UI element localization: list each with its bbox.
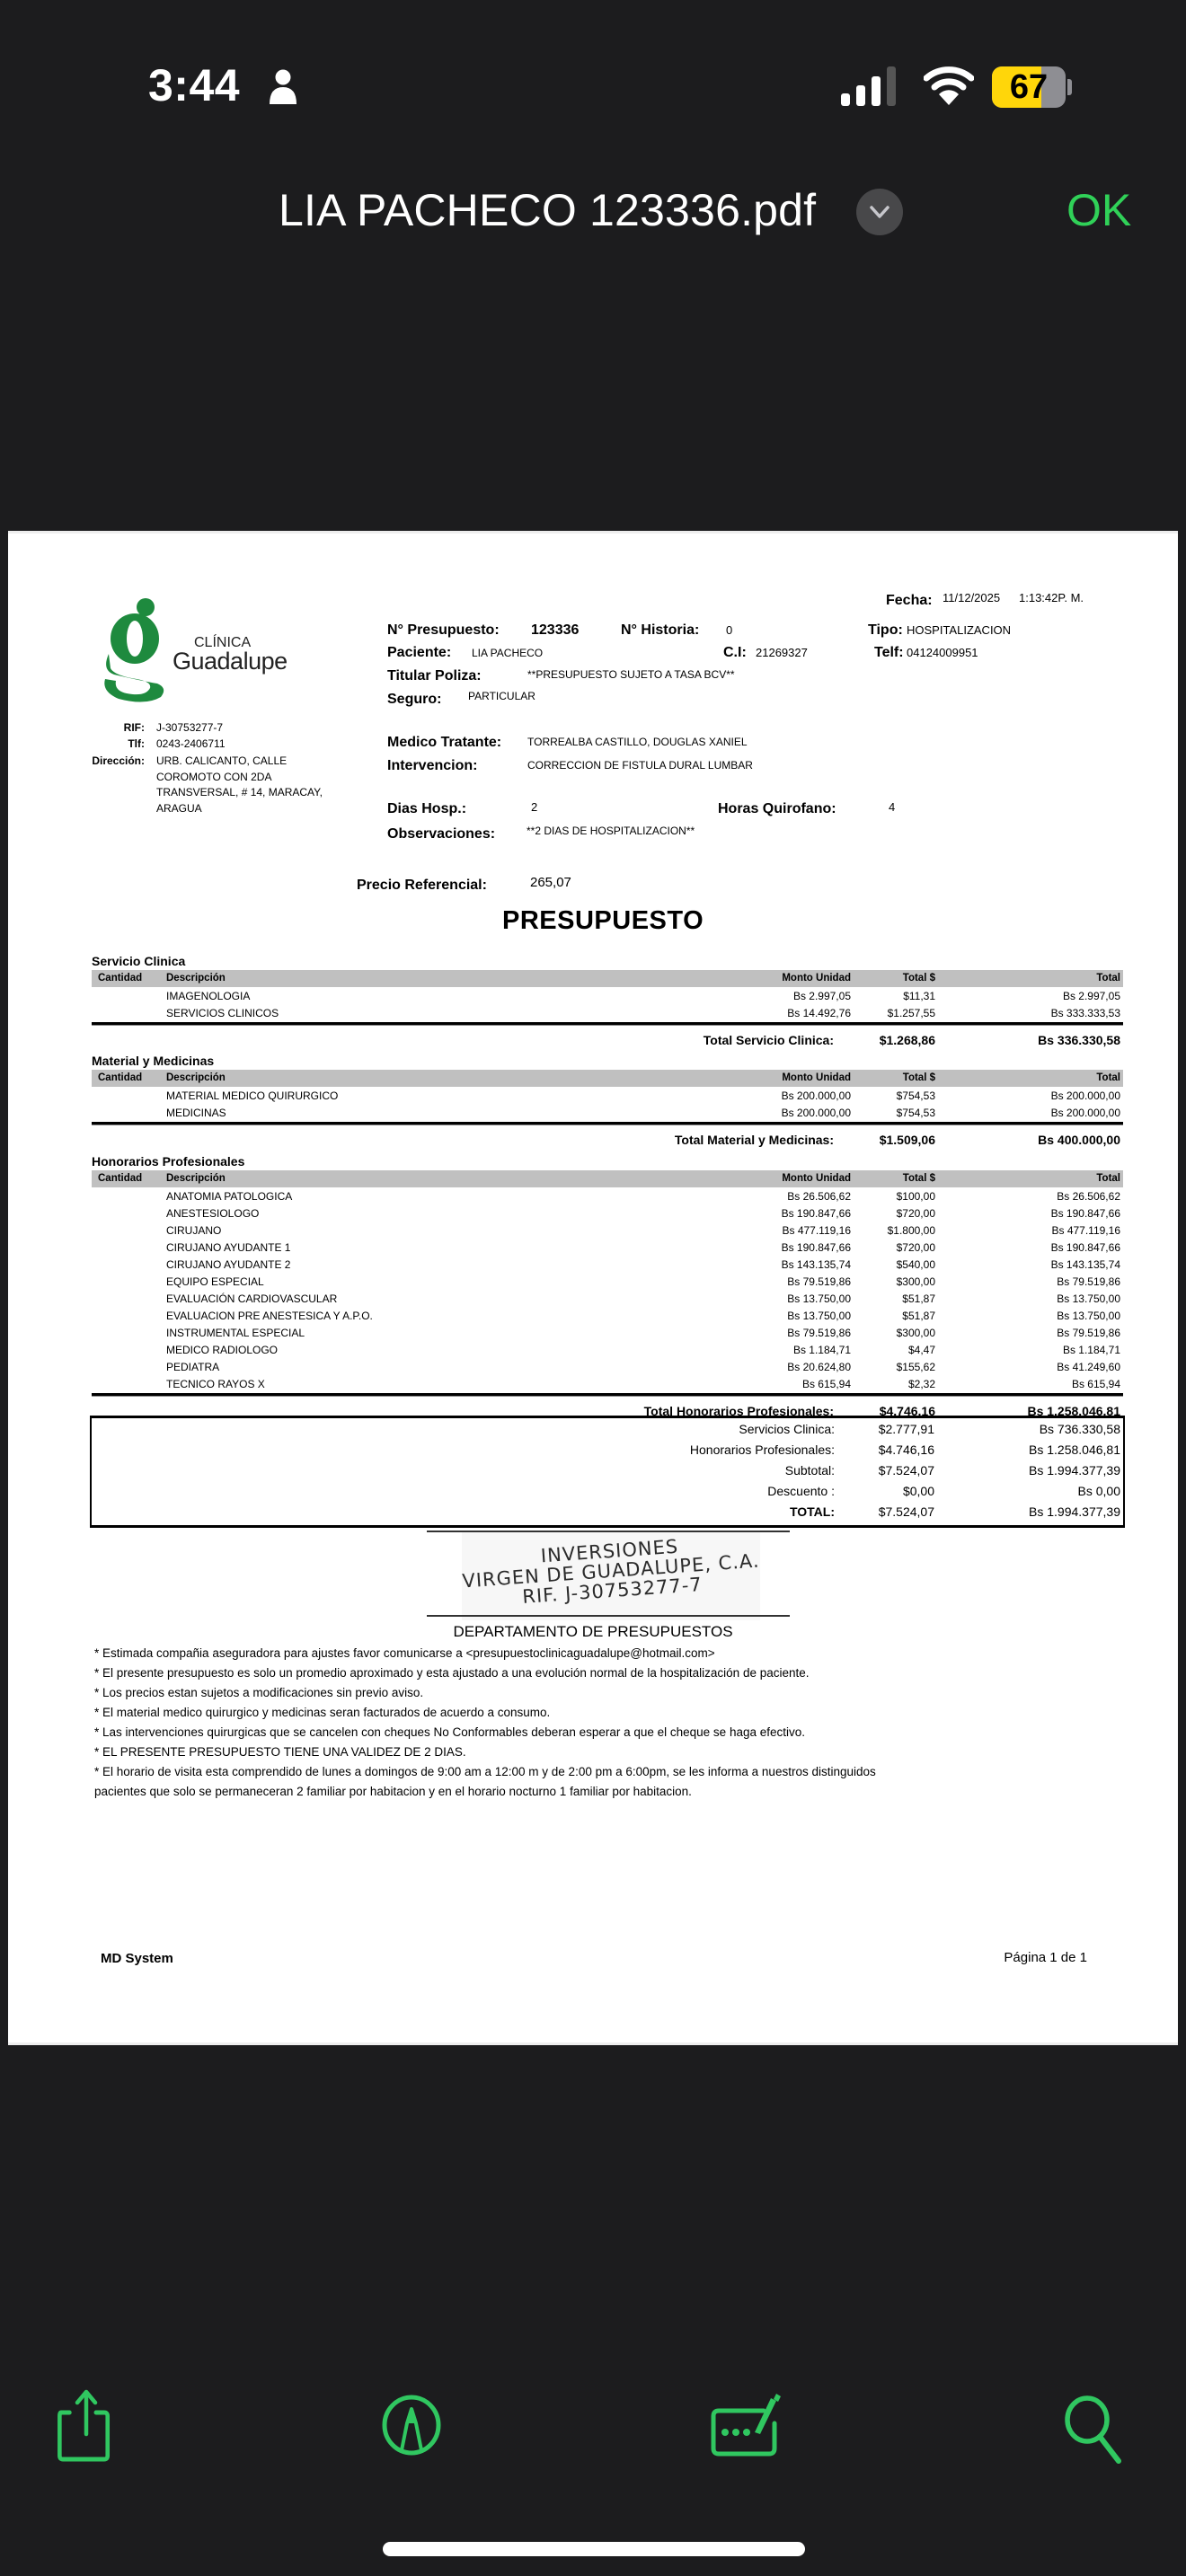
cell-total: Bs 200.000,00: [1051, 1107, 1120, 1119]
table-row: CIRUJANO AYUDANTE 1Bs 190.847,66$720,00B…: [92, 1239, 1123, 1256]
historia-value: 0: [726, 623, 732, 637]
cell-usd: $2,32: [908, 1378, 935, 1390]
summary-box: Servicios Clinica:$2.777,91Bs 736.330,58…: [90, 1416, 1125, 1528]
summary-usd: $2.777,91: [879, 1422, 934, 1436]
summary-usd: $7.524,07: [879, 1504, 934, 1519]
cell-usd: $4,47: [908, 1344, 935, 1356]
address-value: URB. CALICANTO, CALLE COROMOTO CON 2DA T…: [156, 754, 323, 816]
address-label: Dirección:: [87, 754, 145, 767]
section-total-label: Total Material y Medicinas:: [675, 1133, 834, 1147]
table-row: MATERIAL MEDICO QUIRURGICOBs 200.000,00$…: [92, 1087, 1123, 1104]
cell-descripcion: MATERIAL MEDICO QUIRURGICO: [166, 1090, 338, 1102]
ok-button[interactable]: OK: [1067, 184, 1131, 236]
column-header-total: Total: [1096, 1173, 1120, 1184]
cell-monto: Bs 13.750,00: [787, 1310, 851, 1322]
cell-monto: Bs 26.506,62: [787, 1190, 851, 1203]
table-row: MEDICINASBs 200.000,00$754,53Bs 200.000,…: [92, 1104, 1123, 1121]
table-row: MEDICO RADIOLOGOBs 1.184,71$4,47Bs 1.184…: [92, 1341, 1123, 1358]
title-menu-button[interactable]: [856, 189, 903, 235]
share-icon: [54, 2387, 120, 2463]
column-header-cantidad: Cantidad: [98, 973, 142, 984]
intervencion-value: CORRECCION DE FISTULA DURAL LUMBAR: [527, 759, 753, 772]
department-title: DEPARTAMENTO DE PRESUPUESTOS: [8, 1623, 1178, 1641]
hora-value: 1:13:42P. M.: [1019, 591, 1084, 604]
table-row: PEDIATRABs 20.624,80$155,62Bs 41.249,60: [92, 1358, 1123, 1375]
cell-descripcion: TECNICO RAYOS X: [166, 1378, 265, 1390]
cell-total: Bs 190.847,66: [1051, 1207, 1120, 1220]
section-table: CantidadDescripciónMonto UnidadTotal $To…: [92, 1070, 1123, 1151]
table-row: EVALUACIÓN CARDIOVASCULARBs 13.750,00$51…: [92, 1290, 1123, 1307]
share-button[interactable]: [54, 2387, 120, 2463]
cell-total: Bs 2.997,05: [1063, 990, 1120, 1002]
summary-usd: $7.524,07: [879, 1463, 934, 1478]
document-heading: PRESUPUESTO: [502, 906, 704, 936]
cell-usd: $754,53: [897, 1107, 935, 1119]
observaciones-label: Observaciones:: [387, 826, 495, 842]
note-item: * El material medico quirurgico y medici…: [94, 1703, 1119, 1723]
cell-usd: $11,31: [903, 990, 935, 1002]
cell-total: Bs 190.847,66: [1051, 1241, 1120, 1254]
search-icon: [1060, 2393, 1128, 2465]
summary-bs: Bs 736.330,58: [1040, 1422, 1120, 1436]
summary-row: Honorarios Profesionales:$4.746,16Bs 1.2…: [92, 1439, 1123, 1460]
tlf-label: Tlf:: [87, 737, 145, 750]
tlf-value: 0243-2406711: [156, 737, 226, 753]
column-header-descripcion: Descripción: [166, 1173, 226, 1184]
medico-label: Medico Tratante:: [387, 735, 501, 751]
table-row: ANATOMIA PATOLOGICABs 26.506,62$100,00Bs…: [92, 1187, 1123, 1204]
column-header-monto: Monto Unidad: [782, 973, 851, 984]
section-table: CantidadDescripciónMonto UnidadTotal $To…: [92, 970, 1123, 1051]
table-row: CIRUJANOBs 477.119,16$1.800,00Bs 477.119…: [92, 1222, 1123, 1239]
summary-label: Honorarios Profesionales:: [690, 1442, 835, 1457]
cell-monto: Bs 14.492,76: [787, 1007, 851, 1019]
section-total-label: Total Servicio Clinica:: [704, 1033, 834, 1047]
precio-label: Precio Referencial:: [357, 878, 487, 894]
cell-monto: Bs 79.519,86: [787, 1275, 851, 1288]
observaciones-value: **2 DIAS DE HOSPITALIZACION**: [527, 825, 695, 837]
section-title: Material y Medicinas: [92, 1054, 214, 1068]
cell-total: Bs 477.119,16: [1051, 1224, 1120, 1237]
cell-descripcion: MEDICO RADIOLOGO: [166, 1344, 278, 1356]
column-header-descripcion: Descripción: [166, 973, 226, 984]
cell-monto: Bs 79.519,86: [787, 1327, 851, 1339]
fecha-value: 11/12/2025: [943, 591, 1000, 604]
cell-usd: $540,00: [897, 1258, 935, 1271]
cell-monto: Bs 20.624,80: [787, 1361, 851, 1373]
summary-label: Servicios Clinica:: [739, 1422, 835, 1436]
telf-label: Telf:: [874, 645, 904, 661]
presupuesto-label: N° Presupuesto:: [387, 622, 500, 639]
cell-usd: $300,00: [897, 1327, 935, 1339]
section-table: CantidadDescripciónMonto UnidadTotal $To…: [92, 1170, 1123, 1422]
table-row: EQUIPO ESPECIALBs 79.519,86$300,00Bs 79.…: [92, 1273, 1123, 1290]
fill-sign-button[interactable]: [708, 2391, 801, 2457]
battery-percent: 67: [992, 66, 1066, 108]
document-title[interactable]: LIA PACHECO 123336.pdf: [279, 184, 816, 236]
column-header-usd: Total $: [903, 1072, 935, 1083]
seguro-label: Seguro:: [387, 692, 441, 708]
cell-monto: Bs 2.997,05: [793, 990, 851, 1002]
cell-monto: Bs 1.184,71: [793, 1344, 851, 1356]
cell-usd: $1.257,55: [888, 1007, 935, 1019]
column-header-total: Total: [1096, 973, 1120, 984]
rif-label: RIF:: [87, 721, 145, 734]
table-row: SERVICIOS CLINICOSBs 14.492,76$1.257,55B…: [92, 1004, 1123, 1021]
column-header-monto: Monto Unidad: [782, 1173, 851, 1184]
horas-label: Horas Quirofano:: [718, 801, 836, 817]
page-number: Página 1 de 1: [1004, 1950, 1087, 1965]
chevron-down-icon: [869, 203, 890, 221]
column-header-cantidad: Cantidad: [98, 1173, 142, 1184]
signature-line: [427, 1615, 790, 1617]
column-header-monto: Monto Unidad: [782, 1072, 851, 1083]
summary-row: TOTAL:$7.524,07Bs 1.994.377,39: [92, 1501, 1123, 1522]
table-row: EVALUACION PRE ANESTESICA Y A.P.O.Bs 13.…: [92, 1307, 1123, 1324]
column-header-total: Total: [1096, 1072, 1120, 1083]
note-item: * El horario de visita esta comprendido …: [94, 1762, 1119, 1782]
cell-usd: $300,00: [897, 1275, 935, 1288]
cell-monto: Bs 200.000,00: [782, 1090, 851, 1102]
cell-monto: Bs 477.119,16: [782, 1224, 851, 1237]
cell-descripcion: CIRUJANO AYUDANTE 1: [166, 1241, 290, 1254]
note-item: pacientes que solo se permaneceran 2 fam…: [94, 1782, 1119, 1802]
dias-value: 2: [531, 800, 537, 814]
battery-icon: 67: [992, 66, 1071, 108]
summary-usd: $4.746,16: [879, 1442, 934, 1457]
logo-text-guadalupe: Guadalupe: [173, 648, 288, 675]
note-item: * Los precios estan sujetos a modificaci…: [94, 1683, 1119, 1703]
note-item: * El presente presupuesto es solo un pro…: [94, 1663, 1119, 1683]
paciente-label: Paciente:: [387, 645, 451, 661]
pdf-page: CLÍNICA Guadalupe RIF: J-30753277-7 Tlf:…: [8, 531, 1178, 2045]
cell-descripcion: IMAGENOLOGIA: [166, 990, 250, 1002]
table-row: CIRUJANO AYUDANTE 2Bs 143.135,74$540,00B…: [92, 1256, 1123, 1273]
titular-value: **PRESUPUESTO SUJETO A TASA BCV**: [527, 668, 735, 681]
summary-bs: Bs 1.258.046,81: [1029, 1442, 1120, 1457]
ci-value: 21269327: [756, 646, 808, 659]
cell-descripcion: EVALUACIÓN CARDIOVASCULAR: [166, 1292, 337, 1305]
summary-label: Descuento :: [767, 1484, 835, 1498]
summary-bs: Bs 1.994.377,39: [1029, 1504, 1120, 1519]
cell-monto: Bs 143.135,74: [782, 1258, 851, 1271]
medico-value: TORREALBA CASTILLO, DOUGLAS XANIEL: [527, 736, 748, 748]
cell-total: Bs 143.135,74: [1051, 1258, 1120, 1271]
home-indicator[interactable]: [383, 2542, 805, 2556]
cell-total: Bs 13.750,00: [1057, 1292, 1120, 1305]
markup-pen-icon: [377, 2391, 446, 2459]
cell-total: Bs 13.750,00: [1057, 1310, 1120, 1322]
historia-label: N° Historia:: [621, 622, 699, 639]
footer-system: MD System: [101, 1951, 173, 1966]
cell-descripcion: SERVICIOS CLINICOS: [166, 1007, 279, 1019]
intervencion-label: Intervencion:: [387, 758, 477, 774]
ci-label: C.I:: [723, 645, 747, 661]
table-row: ANESTESIOLOGOBs 190.847,66$720,00Bs 190.…: [92, 1204, 1123, 1222]
paciente-value: LIA PACHECO: [472, 647, 543, 659]
summary-row: Subtotal:$7.524,07Bs 1.994.377,39: [92, 1460, 1123, 1480]
titular-label: Titular Poliza:: [387, 668, 482, 684]
cell-descripcion: EVALUACION PRE ANESTESICA Y A.P.O.: [166, 1310, 373, 1322]
cell-monto: Bs 190.847,66: [782, 1241, 851, 1254]
cell-total: Bs 41.249,60: [1057, 1361, 1120, 1373]
cell-descripcion: EQUIPO ESPECIAL: [166, 1275, 264, 1288]
cell-usd: $754,53: [897, 1090, 935, 1102]
cell-total: Bs 79.519,86: [1057, 1327, 1120, 1339]
summary-label: TOTAL:: [790, 1504, 835, 1519]
presupuesto-value: 123336: [531, 622, 579, 639]
column-header-usd: Total $: [903, 1173, 935, 1184]
markup-button[interactable]: [377, 2391, 446, 2459]
tipo-value: HOSPITALIZACION: [907, 623, 1011, 637]
wifi-icon: [924, 65, 974, 106]
cell-total: Bs 26.506,62: [1057, 1190, 1120, 1203]
cell-total: Bs 1.184,71: [1063, 1344, 1120, 1356]
dias-label: Dias Hosp.:: [387, 801, 466, 817]
person-icon: [268, 68, 298, 104]
section-total-usd: $1.268,86: [880, 1033, 935, 1047]
section-total-bs: Bs 336.330,58: [1038, 1033, 1120, 1047]
section-title: Servicio Clinica: [92, 954, 185, 968]
search-button[interactable]: [1060, 2393, 1128, 2465]
table-row: INSTRUMENTAL ESPECIALBs 79.519,86$300,00…: [92, 1324, 1123, 1341]
telf-value: 04124009951: [907, 646, 978, 659]
cell-usd: $51,87: [902, 1292, 935, 1305]
cell-usd: $100,00: [897, 1190, 935, 1203]
cell-total: Bs 615,94: [1072, 1378, 1120, 1390]
cell-monto: Bs 13.750,00: [787, 1292, 851, 1305]
notes-list: * Estimada compañia aseguradora para aju…: [94, 1644, 1119, 1802]
note-item: * EL PRESENTE PRESUPUESTO TIENE UNA VALI…: [94, 1742, 1119, 1762]
note-item: * Estimada compañia aseguradora para aju…: [94, 1644, 1119, 1663]
company-stamp: INVERSIONES VIRGEN DE GUADALUPE, C.A. RI…: [462, 1532, 760, 1620]
cell-usd: $720,00: [897, 1241, 935, 1254]
section-total-row: Total Servicio Clinica:$1.268,86Bs 336.3…: [92, 1026, 1123, 1051]
cell-total: Bs 200.000,00: [1051, 1090, 1120, 1102]
status-time: 3:44: [148, 59, 240, 111]
cell-descripcion: ANATOMIA PATOLOGICA: [166, 1190, 292, 1203]
column-header-usd: Total $: [903, 973, 935, 984]
cell-descripcion: MEDICINAS: [166, 1107, 226, 1119]
note-item: * Las intervenciones quirurgicas que se …: [94, 1723, 1119, 1742]
cell-monto: Bs 190.847,66: [782, 1207, 851, 1220]
cell-monto: Bs 200.000,00: [782, 1107, 851, 1119]
table-row: IMAGENOLOGIABs 2.997,05$11,31Bs 2.997,05: [92, 987, 1123, 1004]
horas-value: 4: [889, 800, 895, 814]
cell-monto: Bs 615,94: [802, 1378, 851, 1390]
cell-total: Bs 79.519,86: [1057, 1275, 1120, 1288]
column-header-descripcion: Descripción: [166, 1072, 226, 1083]
section-total-bs: Bs 400.000,00: [1038, 1133, 1120, 1147]
fecha-label: Fecha:: [886, 593, 933, 609]
cell-descripcion: CIRUJANO AYUDANTE 2: [166, 1258, 290, 1271]
cell-usd: $720,00: [897, 1207, 935, 1220]
summary-label: Subtotal:: [785, 1463, 835, 1478]
summary-bs: Bs 1.994.377,39: [1029, 1463, 1120, 1478]
precio-value: 265,07: [530, 875, 571, 890]
seguro-value: PARTICULAR: [468, 690, 535, 702]
tipo-label: Tipo:: [868, 622, 903, 639]
summary-row: Servicios Clinica:$2.777,91Bs 736.330,58: [92, 1418, 1123, 1439]
cell-usd: $155,62: [897, 1361, 935, 1373]
column-header-cantidad: Cantidad: [98, 1072, 142, 1083]
summary-usd: $0,00: [903, 1484, 934, 1498]
table-header: CantidadDescripciónMonto UnidadTotal $To…: [92, 970, 1123, 987]
cell-total: Bs 333.333,53: [1051, 1007, 1120, 1019]
cell-usd: $1.800,00: [888, 1224, 935, 1237]
cell-descripcion: INSTRUMENTAL ESPECIAL: [166, 1327, 305, 1339]
summary-row: Descuento :$0,00Bs 0,00: [92, 1480, 1123, 1501]
table-row: TECNICO RAYOS XBs 615,94$2,32Bs 615,94: [92, 1375, 1123, 1392]
table-header: CantidadDescripciónMonto UnidadTotal $To…: [92, 1170, 1123, 1187]
cell-descripcion: ANESTESIOLOGO: [166, 1207, 259, 1220]
section-total-row: Total Material y Medicinas:$1.509,06Bs 4…: [92, 1125, 1123, 1151]
signature-icon: [708, 2391, 801, 2457]
section-total-usd: $1.509,06: [880, 1133, 935, 1147]
cell-descripcion: CIRUJANO: [166, 1224, 221, 1237]
cell-usd: $51,87: [902, 1310, 935, 1322]
section-title: Honorarios Profesionales: [92, 1154, 244, 1169]
rif-value: J-30753277-7: [156, 720, 223, 737]
cell-descripcion: PEDIATRA: [166, 1361, 219, 1373]
summary-bs: Bs 0,00: [1078, 1484, 1120, 1498]
table-header: CantidadDescripciónMonto UnidadTotal $To…: [92, 1070, 1123, 1087]
signal-icon: [841, 66, 898, 106]
